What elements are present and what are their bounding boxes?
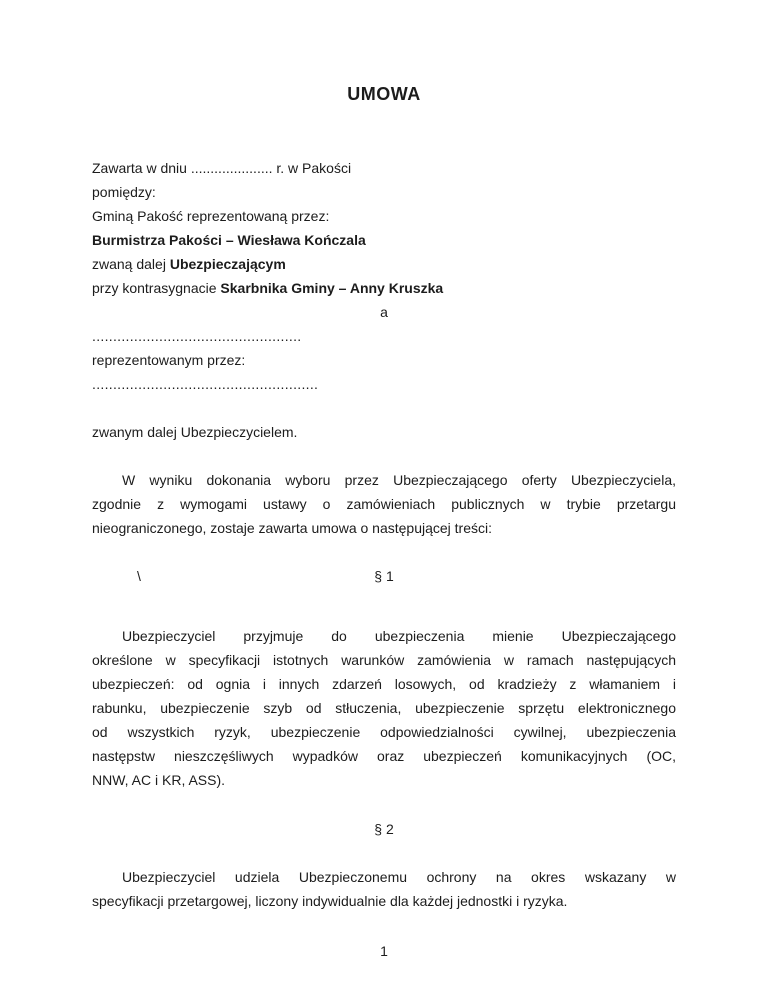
section-1-body-line: NNW, AC i KR, ASS).: [92, 768, 676, 792]
preamble-date-line: Zawarta w dniu ..................... r. …: [92, 156, 676, 180]
section-2-heading: § 2: [374, 821, 393, 837]
section-1-body: Ubezpieczyciel przyjmuje do ubezpieczeni…: [92, 624, 676, 792]
party2-alias-line: zwanym dalej Ubezpieczycielem.: [92, 420, 676, 444]
section-1-body-line: rabunku, ubezpieczenie szyb od stłuczeni…: [92, 696, 676, 720]
section-1-body-line: Ubezpieczyciel przyjmuje do ubezpieczeni…: [92, 624, 676, 648]
section-1-heading-row: \ § 1: [92, 564, 676, 588]
section-1-body-line: określone w specyfikacji istotnych warun…: [92, 648, 676, 672]
party1-representative-line: Burmistrza Pakości – Wiesława Kończala: [92, 228, 676, 252]
countersign-line: przy kontrasygnacie Skarbnika Gminy – An…: [92, 276, 676, 300]
section-1-body-line: następstw nieszczęśliwych wypadków oraz …: [92, 744, 676, 768]
party1-intro-line: Gminą Pakość reprezentowaną przez:: [92, 204, 676, 228]
section-1-body-line: od wszystkich ryzyk, ubezpieczenie odpow…: [92, 720, 676, 744]
section-2-heading-row: § 2: [92, 817, 676, 841]
section-1-heading: § 1: [374, 568, 393, 584]
page-number: 1: [92, 939, 676, 963]
section-2-body-line: specyfikacji przetargowej, liczony indyw…: [92, 889, 676, 913]
countersign-name: Skarbnika Gminy – Anny Kruszka: [220, 280, 443, 296]
intro-paragraph-line: zgodnie z wymogami ustawy o zamówieniach…: [92, 492, 676, 516]
parties-connector: a: [92, 300, 676, 324]
party2-name-blank-line: ........................................…: [92, 324, 676, 348]
intro-paragraph-line: W wyniku dokonania wyboru przez Ubezpiec…: [92, 468, 676, 492]
section-1-body-line: ubezpieczeń: od ognia i innych zdarzeń l…: [92, 672, 676, 696]
section-2-body-line: Ubezpieczyciel udziela Ubezpieczonemu oc…: [92, 865, 676, 889]
party2-intro-line: reprezentowanym przez:: [92, 348, 676, 372]
party1-alias-name: Ubezpieczającym: [170, 256, 286, 272]
countersign-prefix: przy kontrasygnacie: [92, 280, 220, 296]
section-2-body: Ubezpieczyciel udziela Ubezpieczonemu oc…: [92, 865, 676, 913]
intro-paragraph-line: nieograniczonego, zostaje zawarta umowa …: [92, 516, 676, 540]
document-title: UMOWA: [92, 84, 676, 104]
party1-alias-prefix: zwaną dalej: [92, 256, 170, 272]
stray-backslash-mark: \: [137, 564, 141, 588]
intro-paragraph: W wyniku dokonania wyboru przez Ubezpiec…: [92, 468, 676, 540]
party2-representative-blank-line: ........................................…: [92, 372, 676, 396]
document-page: UMOWA Zawarta w dniu ...................…: [0, 0, 768, 994]
preamble-between-line: pomiędzy:: [92, 180, 676, 204]
party1-alias-line: zwaną dalej Ubezpieczającym: [92, 252, 676, 276]
